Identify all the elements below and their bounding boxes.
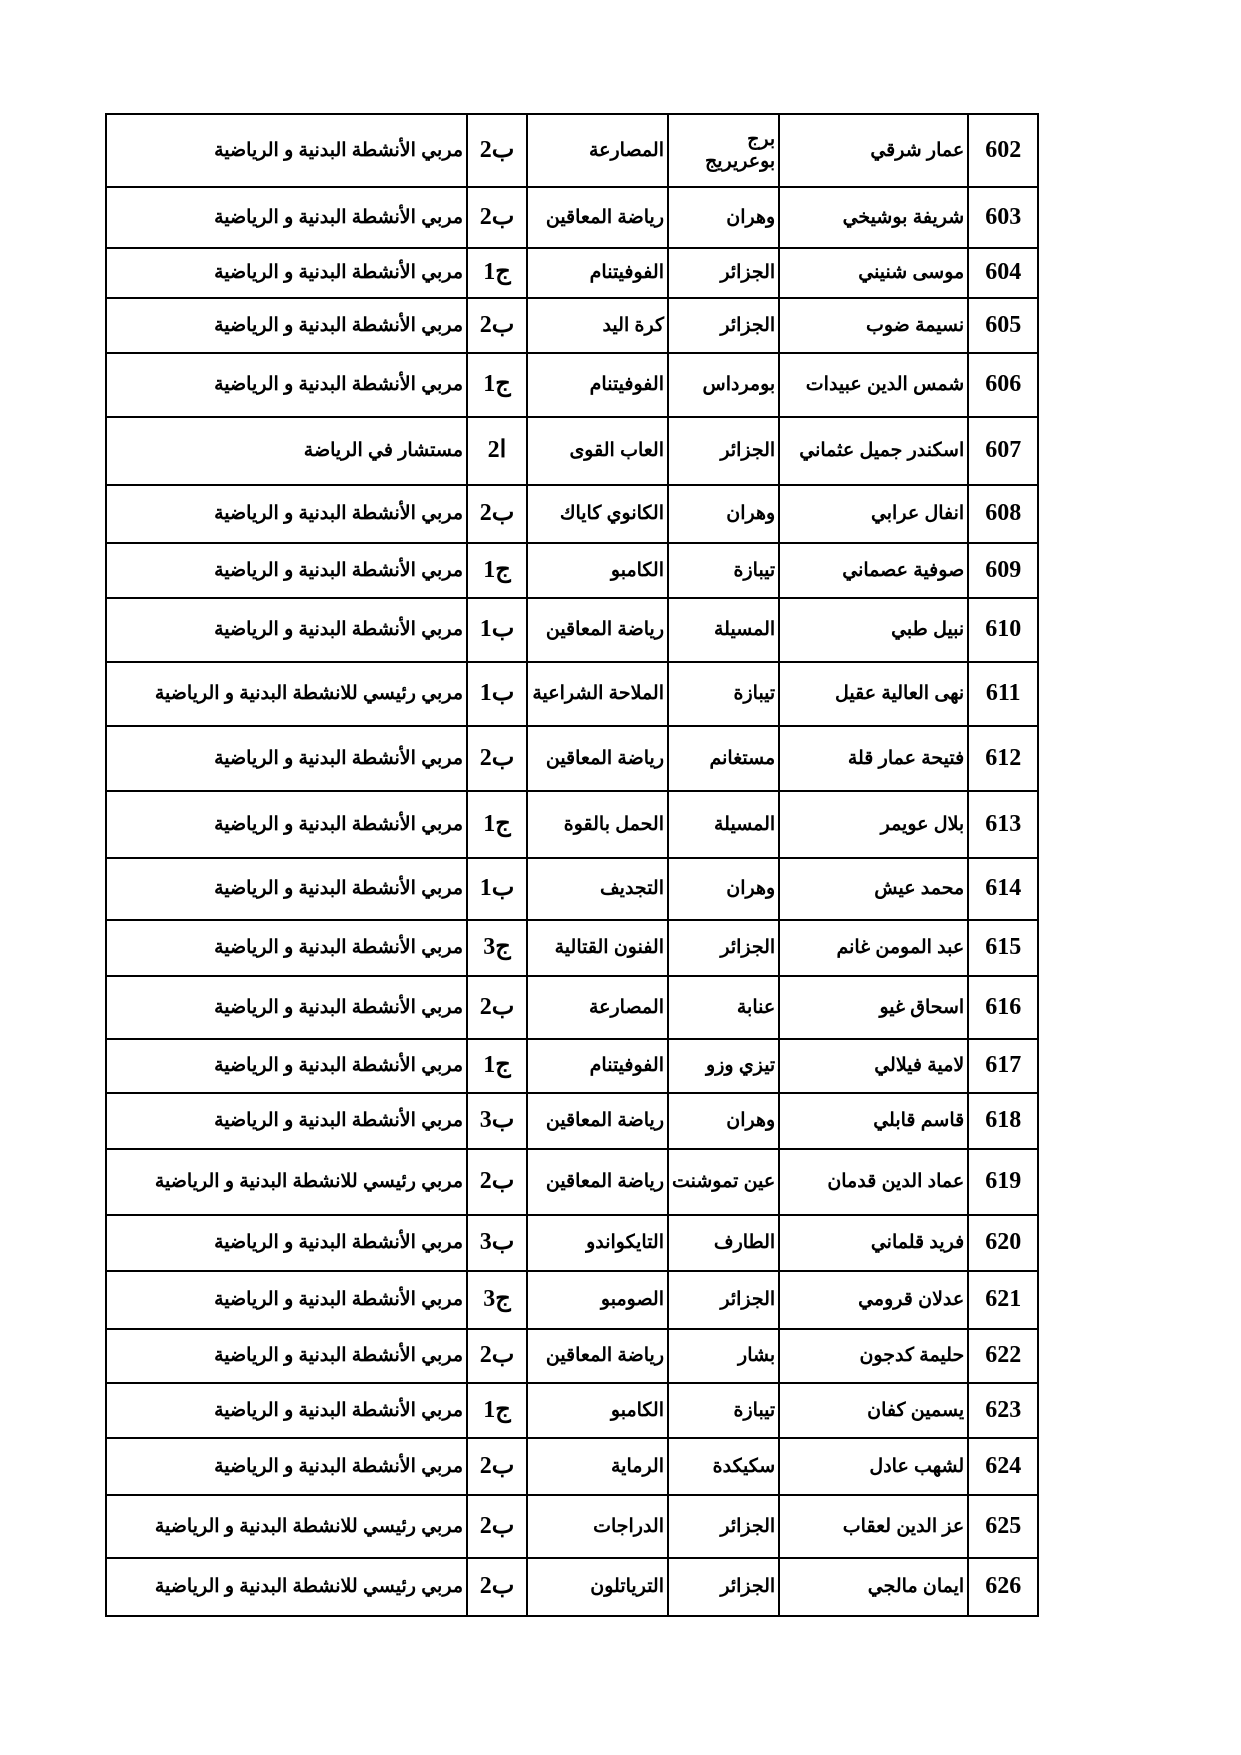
sport-discipline: الصومبو (527, 1271, 668, 1329)
wilaya: تيبازة (668, 543, 779, 598)
full-name: صوفية عصماني (779, 543, 968, 598)
wilaya: وهران (668, 485, 779, 543)
table-row: 606 شمس الدين عبيدات بومرداس الفوفيتنام … (106, 353, 1038, 417)
grade: ب2 (467, 1329, 527, 1383)
full-name: محمد عيش (779, 858, 968, 920)
full-name: عبد المومن غانم (779, 920, 968, 976)
sport-discipline: المصارعة (527, 114, 668, 187)
full-name: اسكندر جميل عثماني (779, 417, 968, 485)
job-title: مربي الأنشطة البدنية و الرياضية (106, 543, 467, 598)
grade: ج1 (467, 543, 527, 598)
full-name: نبيل طبي (779, 598, 968, 662)
full-name: نهى العالية عقيل (779, 662, 968, 726)
grade: ب1 (467, 662, 527, 726)
job-title: مربي الأنشطة البدنية و الرياضية (106, 1039, 467, 1093)
table-row: 621 عدلان قرومي الجزائر الصومبو ج3 مربي … (106, 1271, 1038, 1329)
grade: ج1 (467, 1383, 527, 1438)
job-title: مربي الأنشطة البدنية و الرياضية (106, 1215, 467, 1271)
wilaya: عين تموشنت (668, 1149, 779, 1215)
table-row: 626 ايمان مالجي الجزائر الترياتلون ب2 مر… (106, 1558, 1038, 1616)
wilaya: المسيلة (668, 791, 779, 858)
job-title: مربي رئيسي للانشطة البدنية و الرياضية (106, 1558, 467, 1616)
full-name: اسحاق غيو (779, 976, 968, 1039)
wilaya: الجزائر (668, 1271, 779, 1329)
job-title: مربي الأنشطة البدنية و الرياضية (106, 1271, 467, 1329)
grade: ب2 (467, 114, 527, 187)
grade: ب1 (467, 598, 527, 662)
wilaya: المسيلة (668, 598, 779, 662)
sport-discipline: الكامبو (527, 1383, 668, 1438)
sport-discipline: كرة اليد (527, 298, 668, 353)
row-number: 610 (968, 598, 1038, 662)
sport-discipline: الملاحة الشراعية (527, 662, 668, 726)
table-row: 623 يسمين كفان تيبازة الكامبو ج1 مربي ال… (106, 1383, 1038, 1438)
row-number: 609 (968, 543, 1038, 598)
full-name: عماد الدين قدمان (779, 1149, 968, 1215)
grade: ج1 (467, 1039, 527, 1093)
job-title: مربي الأنشطة البدنية و الرياضية (106, 726, 467, 791)
wilaya: تيزي وزو (668, 1039, 779, 1093)
sport-discipline: المصارعة (527, 976, 668, 1039)
table-row: 611 نهى العالية عقيل تيبازة الملاحة الشر… (106, 662, 1038, 726)
full-name: عز الدين لعقاب (779, 1495, 968, 1558)
wilaya: مستغانم (668, 726, 779, 791)
full-name: لامية فيلالي (779, 1039, 968, 1093)
sport-discipline: الفوفيتنام (527, 1039, 668, 1093)
table-row: 604 موسى شنيني الجزائر الفوفيتنام ج1 مرب… (106, 248, 1038, 298)
row-number: 616 (968, 976, 1038, 1039)
job-title: مربي الأنشطة البدنية و الرياضية (106, 485, 467, 543)
job-title: مربي الأنشطة البدنية و الرياضية (106, 1093, 467, 1149)
table-row: 612 فتيحة عمار قلة مستغانم رياضة المعاقي… (106, 726, 1038, 791)
row-number: 604 (968, 248, 1038, 298)
grade: ج1 (467, 791, 527, 858)
table-row: 610 نبيل طبي المسيلة رياضة المعاقين ب1 م… (106, 598, 1038, 662)
grade: ب2 (467, 1438, 527, 1495)
sport-discipline: العاب القوى (527, 417, 668, 485)
table-row: 616 اسحاق غيو عنابة المصارعة ب2 مربي الأ… (106, 976, 1038, 1039)
full-name: نسيمة ضوب (779, 298, 968, 353)
sport-discipline: الكامبو (527, 543, 668, 598)
full-name: فريد قلماني (779, 1215, 968, 1271)
wilaya: الجزائر (668, 248, 779, 298)
grade: ج1 (467, 248, 527, 298)
sport-discipline: الفوفيتنام (527, 353, 668, 417)
job-title: مربي الأنشطة البدنية و الرياضية (106, 598, 467, 662)
table-body: 602 عمار شرقي برج بوعريريج المصارعة ب2 م… (106, 114, 1038, 1616)
sport-discipline: رياضة المعاقين (527, 726, 668, 791)
row-number: 605 (968, 298, 1038, 353)
wilaya: تيبازة (668, 1383, 779, 1438)
grade: ج3 (467, 920, 527, 976)
grade: ب1 (467, 858, 527, 920)
full-name: ايمان مالجي (779, 1558, 968, 1616)
row-number: 602 (968, 114, 1038, 187)
table-row: 620 فريد قلماني الطارف التايكواندو ب3 مر… (106, 1215, 1038, 1271)
sport-discipline: رياضة المعاقين (527, 1093, 668, 1149)
row-number: 626 (968, 1558, 1038, 1616)
job-title: مربي الأنشطة البدنية و الرياضية (106, 114, 467, 187)
sport-discipline: الفوفيتنام (527, 248, 668, 298)
sport-discipline: الفنون القتالية (527, 920, 668, 976)
sport-discipline: الرماية (527, 1438, 668, 1495)
wilaya: الجزائر (668, 417, 779, 485)
table-row: 624 لشهب عادل سكيكدة الرماية ب2 مربي الأ… (106, 1438, 1038, 1495)
job-title: مربي رئيسي للانشطة البدنية و الرياضية (106, 1149, 467, 1215)
job-title: مربي الأنشطة البدنية و الرياضية (106, 353, 467, 417)
sport-discipline: رياضة المعاقين (527, 1329, 668, 1383)
full-name: موسى شنيني (779, 248, 968, 298)
row-number: 618 (968, 1093, 1038, 1149)
wilaya: الجزائر (668, 920, 779, 976)
row-number: 608 (968, 485, 1038, 543)
coaches-table: 602 عمار شرقي برج بوعريريج المصارعة ب2 م… (105, 113, 1039, 1617)
table-row: 615 عبد المومن غانم الجزائر الفنون القتا… (106, 920, 1038, 976)
wilaya: الطارف (668, 1215, 779, 1271)
grade: ا2 (467, 417, 527, 485)
row-number: 624 (968, 1438, 1038, 1495)
table-row: 607 اسكندر جميل عثماني الجزائر العاب الق… (106, 417, 1038, 485)
full-name: انفال عرابي (779, 485, 968, 543)
row-number: 613 (968, 791, 1038, 858)
wilaya: برج بوعريريج (668, 114, 779, 187)
wilaya: الجزائر (668, 1495, 779, 1558)
table-row: 618 قاسم قابلي وهران رياضة المعاقين ب3 م… (106, 1093, 1038, 1149)
sport-discipline: رياضة المعاقين (527, 598, 668, 662)
full-name: شمس الدين عبيدات (779, 353, 968, 417)
wilaya: عنابة (668, 976, 779, 1039)
wilaya: وهران (668, 187, 779, 248)
job-title: مربي الأنشطة البدنية و الرياضية (106, 1438, 467, 1495)
full-name: حليمة كدجون (779, 1329, 968, 1383)
grade: ب2 (467, 726, 527, 791)
grade: ب2 (467, 187, 527, 248)
job-title: مربي الأنشطة البدنية و الرياضية (106, 1383, 467, 1438)
row-number: 620 (968, 1215, 1038, 1271)
row-number: 625 (968, 1495, 1038, 1558)
job-title: مربي الأنشطة البدنية و الرياضية (106, 187, 467, 248)
grade: ب3 (467, 1215, 527, 1271)
row-number: 612 (968, 726, 1038, 791)
table-row: 609 صوفية عصماني تيبازة الكامبو ج1 مربي … (106, 543, 1038, 598)
table-row: 608 انفال عرابي وهران الكانوي كاياك ب2 م… (106, 485, 1038, 543)
row-number: 614 (968, 858, 1038, 920)
wilaya: بشار (668, 1329, 779, 1383)
table-row: 625 عز الدين لعقاب الجزائر الدراجات ب2 م… (106, 1495, 1038, 1558)
table-row: 613 بلال عويمر المسيلة الحمل بالقوة ج1 م… (106, 791, 1038, 858)
job-title: مربي الأنشطة البدنية و الرياضية (106, 298, 467, 353)
row-number: 606 (968, 353, 1038, 417)
grade: ب2 (467, 1558, 527, 1616)
sport-discipline: رياضة المعاقين (527, 1149, 668, 1215)
grade: ب2 (467, 1149, 527, 1215)
grade: ج3 (467, 1271, 527, 1329)
job-title: مربي رئيسي للانشطة البدنية و الرياضية (106, 1495, 467, 1558)
job-title: مربي الأنشطة البدنية و الرياضية (106, 976, 467, 1039)
wilaya: الجزائر (668, 298, 779, 353)
sport-discipline: الكانوي كاياك (527, 485, 668, 543)
job-title: مستشار في الرياضة (106, 417, 467, 485)
job-title: مربي الأنشطة البدنية و الرياضية (106, 791, 467, 858)
grade: ب2 (467, 976, 527, 1039)
table-row: 603 شريفة بوشيخي وهران رياضة المعاقين ب2… (106, 187, 1038, 248)
row-number: 622 (968, 1329, 1038, 1383)
row-number: 611 (968, 662, 1038, 726)
wilaya: وهران (668, 858, 779, 920)
grade: ب2 (467, 1495, 527, 1558)
row-number: 623 (968, 1383, 1038, 1438)
table-row: 619 عماد الدين قدمان عين تموشنت رياضة ال… (106, 1149, 1038, 1215)
wilaya: الجزائر (668, 1558, 779, 1616)
wilaya: وهران (668, 1093, 779, 1149)
wilaya: سكيكدة (668, 1438, 779, 1495)
wilaya: تيبازة (668, 662, 779, 726)
full-name: لشهب عادل (779, 1438, 968, 1495)
full-name: شريفة بوشيخي (779, 187, 968, 248)
full-name: عدلان قرومي (779, 1271, 968, 1329)
sport-discipline: الترياتلون (527, 1558, 668, 1616)
grade: ب2 (467, 485, 527, 543)
job-title: مربي الأنشطة البدنية و الرياضية (106, 858, 467, 920)
row-number: 615 (968, 920, 1038, 976)
wilaya: بومرداس (668, 353, 779, 417)
sport-discipline: الحمل بالقوة (527, 791, 668, 858)
grade: ب2 (467, 298, 527, 353)
sport-discipline: التايكواندو (527, 1215, 668, 1271)
table-row: 622 حليمة كدجون بشار رياضة المعاقين ب2 م… (106, 1329, 1038, 1383)
job-title: مربي الأنشطة البدنية و الرياضية (106, 920, 467, 976)
table-row: 602 عمار شرقي برج بوعريريج المصارعة ب2 م… (106, 114, 1038, 187)
full-name: عمار شرقي (779, 114, 968, 187)
full-name: فتيحة عمار قلة (779, 726, 968, 791)
job-title: مربي رئيسي للانشطة البدنية و الرياضية (106, 662, 467, 726)
sport-discipline: الدراجات (527, 1495, 668, 1558)
sport-discipline: رياضة المعاقين (527, 187, 668, 248)
row-number: 603 (968, 187, 1038, 248)
grade: ب3 (467, 1093, 527, 1149)
row-number: 621 (968, 1271, 1038, 1329)
job-title: مربي الأنشطة البدنية و الرياضية (106, 1329, 467, 1383)
job-title: مربي الأنشطة البدنية و الرياضية (106, 248, 467, 298)
table-row: 614 محمد عيش وهران التجديف ب1 مربي الأنش… (106, 858, 1038, 920)
full-name: بلال عويمر (779, 791, 968, 858)
row-number: 607 (968, 417, 1038, 485)
full-name: قاسم قابلي (779, 1093, 968, 1149)
sport-discipline: التجديف (527, 858, 668, 920)
table-row: 617 لامية فيلالي تيزي وزو الفوفيتنام ج1 … (106, 1039, 1038, 1093)
table-row: 605 نسيمة ضوب الجزائر كرة اليد ب2 مربي ا… (106, 298, 1038, 353)
row-number: 617 (968, 1039, 1038, 1093)
row-number: 619 (968, 1149, 1038, 1215)
full-name: يسمين كفان (779, 1383, 968, 1438)
grade: ج1 (467, 353, 527, 417)
